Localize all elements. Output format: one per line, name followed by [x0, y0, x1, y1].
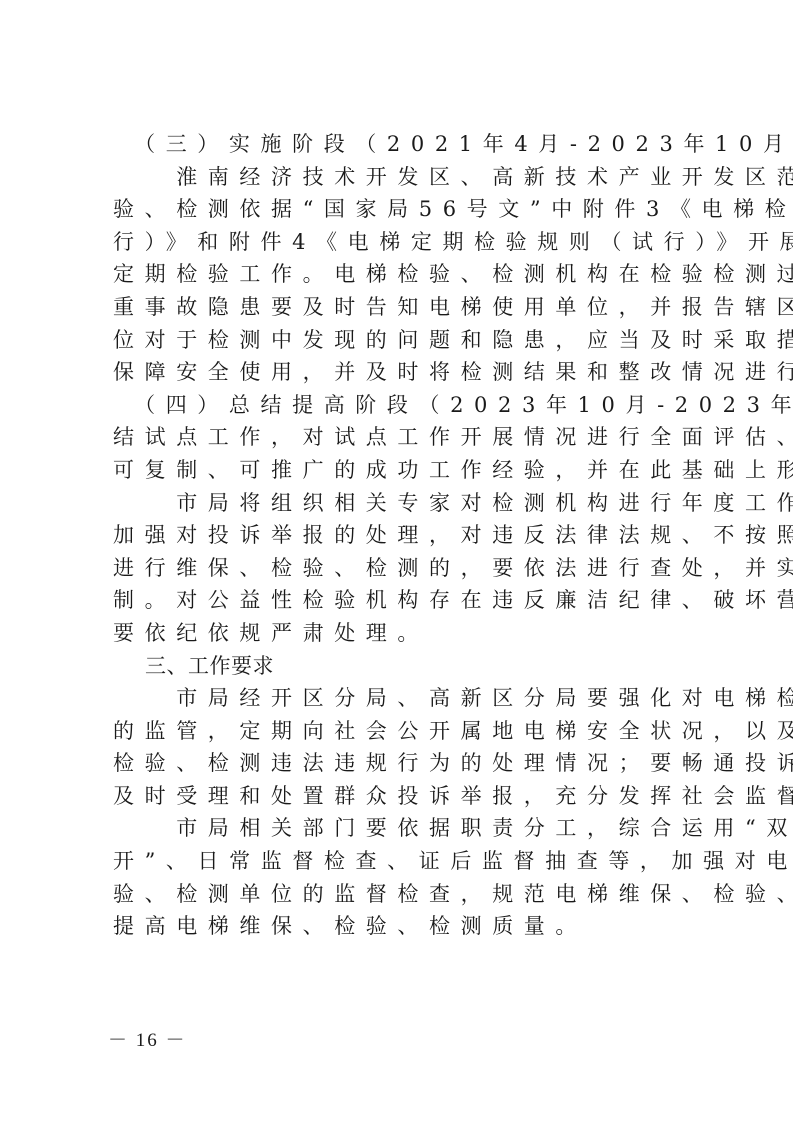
text-line: 淮南经济技术开发区、高新技术产业开发区范围内电梯检 — [113, 161, 693, 194]
text-line: 重事故隐患要及时告知电梯使用单位，并报告辖区局。使用单 — [113, 291, 693, 324]
text-line: 制。对公益性检验机构存在违反廉洁纪律、破坏营商环境行为的， — [113, 584, 693, 617]
text-line: 市局将组织相关专家对检测机构进行年度工作质量考核。 — [113, 487, 693, 520]
text-line: 进行维保、检验、检测的，要依法进行查处，并实施强制退出机 — [113, 552, 693, 585]
page-number: － 16 － — [108, 1025, 187, 1052]
text-line: 及时受理和处置群众投诉举报，充分发挥社会监督作用。 — [113, 780, 693, 813]
text-line: 保障安全使用，并及时将检测结果和整改情况进行公示。 — [113, 356, 693, 389]
text-line: 的监管，定期向社会公开属地电梯安全状况，以及对电梯维保、 — [113, 715, 693, 748]
text-line: 验、检测单位的监督检查，规范电梯维保、检验、检测行为， — [113, 878, 693, 911]
text-line: 市局经开区分局、高新区分局要强化对电梯检验检测工作 — [113, 682, 693, 715]
text-line: 验、检测依据“国家局56号文”中附件3《电梯检测规则（试 — [113, 193, 693, 226]
text-line: （四）总结提高阶段（2023年10月-2023年12月）。总 — [113, 389, 693, 422]
text-line: 检验、检测违法违规行为的处理情况；要畅通投诉举报渠道， — [113, 747, 693, 780]
text-line: 可复制、可推广的成功工作经验，并在此基础上形成长效机制。 — [113, 454, 693, 487]
text-line: 加强对投诉举报的处理，对违反法律法规、不按照安全技术规范 — [113, 519, 693, 552]
text-line: （三）实施阶段（2021年4月-2023年10月）。 — [113, 128, 693, 161]
text-line: 位对于检测中发现的问题和隐患，应当及时采取措施予以消除， — [113, 324, 693, 357]
text-line: 开”、日常监督检查、证后监督抽查等，加强对电梯维保、检 — [113, 845, 693, 878]
text-line: 要依纪依规严肃处理。 — [113, 617, 693, 650]
section-heading: 三、工作要求 — [113, 650, 693, 683]
text-line: 结试点工作，对试点工作开展情况进行全面评估、分析，提炼 — [113, 421, 693, 454]
text-line: 市局相关部门要依据职责分工，综合运用“双随机、一公 — [113, 812, 693, 845]
text-line: 定期检验工作。电梯检验、检测机构在检验检测过程中发现严 — [113, 258, 693, 291]
text-line: 提高电梯维保、检验、检测质量。 — [113, 910, 693, 943]
document-page: （三）实施阶段（2021年4月-2023年10月）。 淮南经济技术开发区、高新技… — [0, 0, 793, 1123]
document-body: （三）实施阶段（2021年4月-2023年10月）。 淮南经济技术开发区、高新技… — [113, 128, 693, 943]
text-line: 行）》和附件4《电梯定期检验规则（试行）》开展电梯检测和 — [113, 226, 693, 259]
